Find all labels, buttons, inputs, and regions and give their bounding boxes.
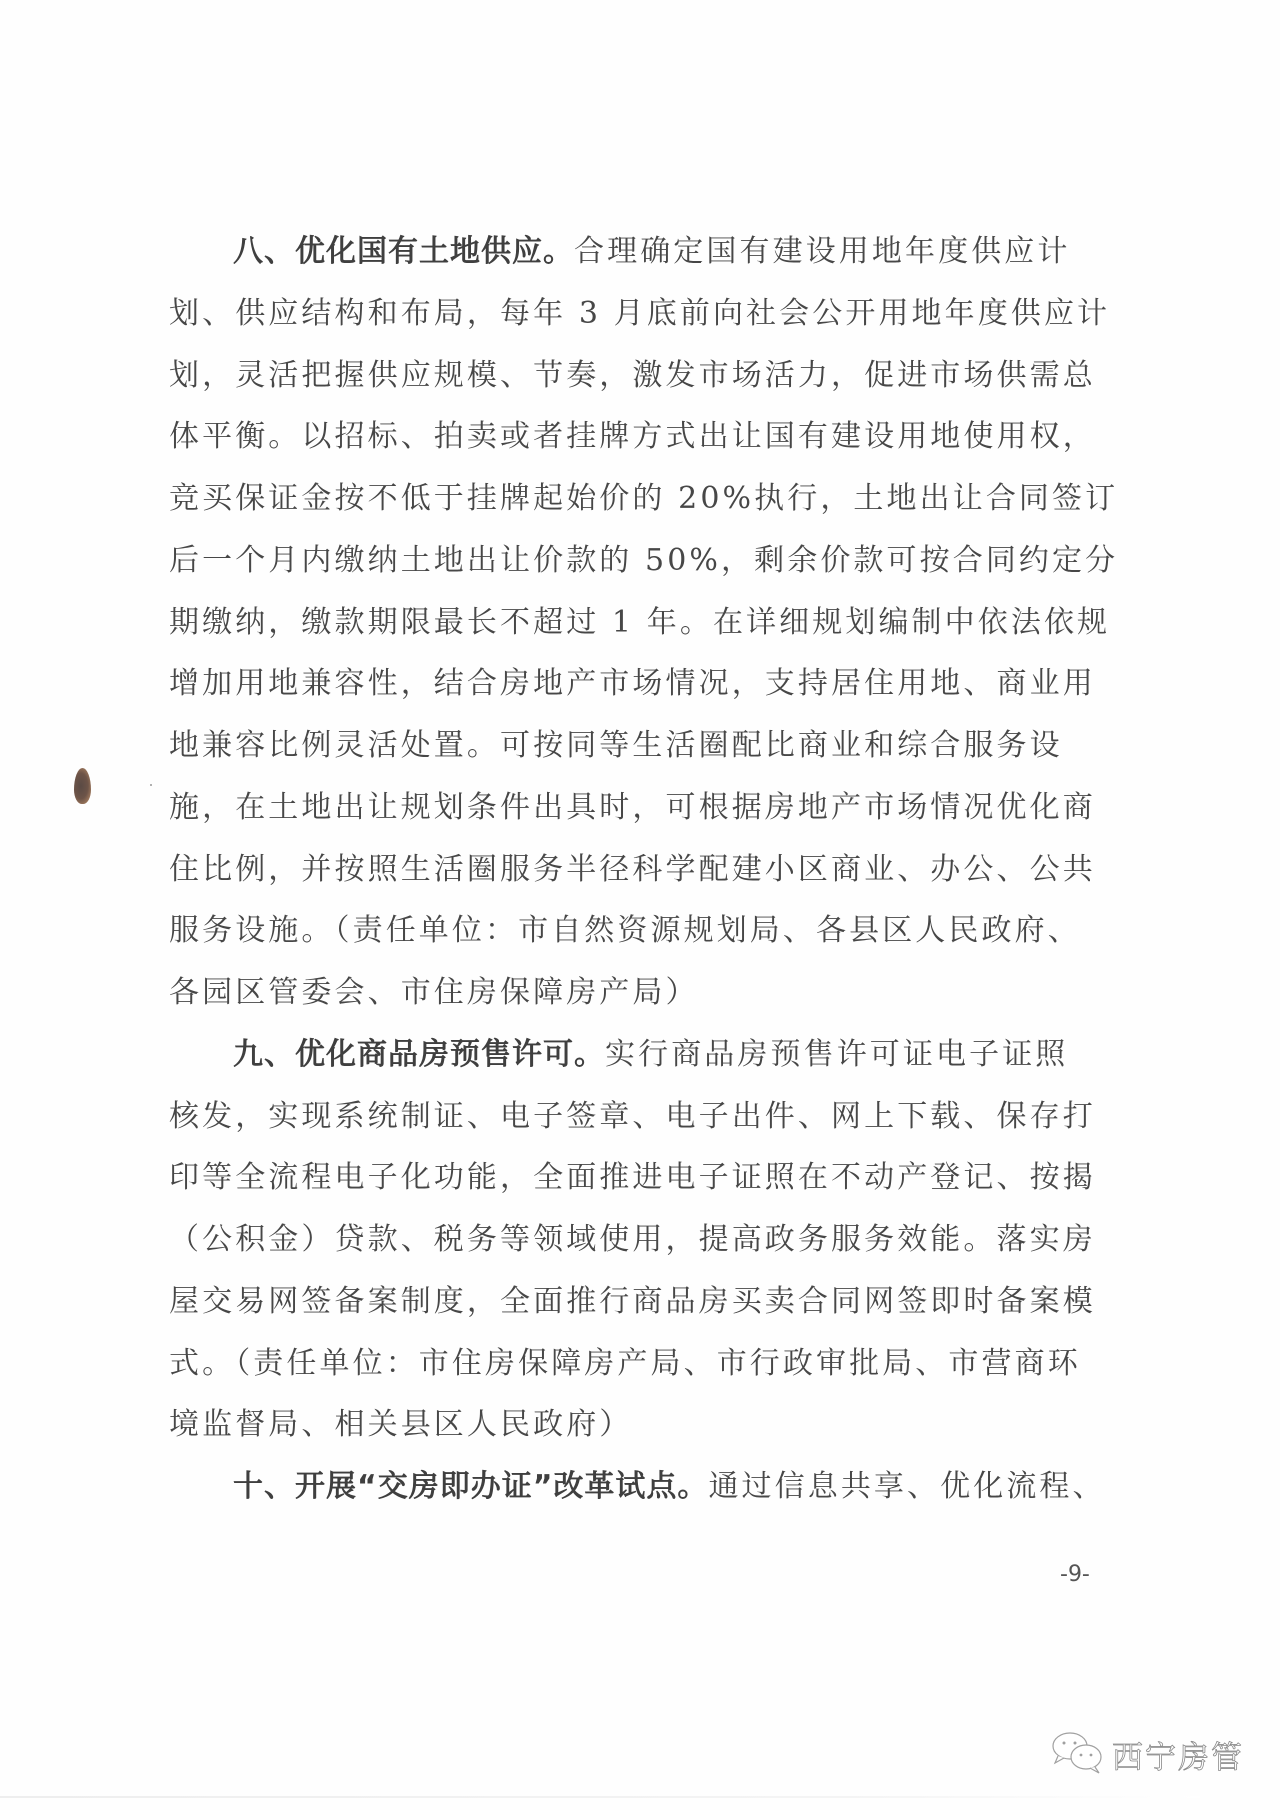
- text-line: 屋交易网签备案制度，全面推行商品房买卖合同网签即时备案模: [169, 1276, 1114, 1338]
- section-heading-8: 八、优化国有土地供应。: [233, 234, 574, 269]
- line-text: 地兼容比例灵活处置。可按同等生活圈配比商业和综合服务设: [169, 728, 1063, 763]
- line-text: 各园区管委会、市住房保障房产局）: [169, 975, 699, 1010]
- bottom-divider: [0, 1796, 1200, 1798]
- text-line: 增加用地兼容性，结合房地产市场情况，支持居住用地、商业用: [169, 658, 1114, 720]
- text-line: 体平衡。以招标、拍卖或者挂牌方式出让国有建设用地使用权，: [169, 411, 1114, 473]
- line-text: 增加用地兼容性，结合房地产市场情况，支持居住用地、商业用: [169, 666, 1096, 701]
- line-text: 实行商品房预售许可证电子证照: [605, 1037, 1068, 1072]
- line-text: 划、供应结构和布局，每年 3 月底前向社会公开用地年度供应计: [169, 296, 1110, 331]
- text-line: 竞买保证金按不低于挂牌起始价的 20%执行，土地出让合同签订: [169, 473, 1114, 535]
- line-text: 服务设施。（责任单位：市自然资源规划局、各县区人民政府、: [169, 913, 1081, 948]
- line-text: 式。（责任单位：市住房保障房产局、市行政审批局、市营商环: [169, 1346, 1081, 1381]
- line-text: 期缴纳，缴款期限最长不超过 1 年。在详细规划编制中依法依规: [169, 605, 1110, 640]
- line-text: 施，在土地出让规划条件出具时，可根据房地产市场情况优化商: [169, 790, 1096, 825]
- text-line: 划，灵活把握供应规模、节奏，激发市场活力，促进市场供需总: [169, 350, 1114, 412]
- page-number: -9-: [1060, 1562, 1090, 1587]
- line-text: 竞买保证金按不低于挂牌起始价的 20%执行，土地出让合同签订: [169, 481, 1118, 516]
- document-body: 八、优化国有土地供应。合理确定国有建设用地年度供应计 划、供应结构和布局，每年 …: [169, 226, 1114, 1523]
- wechat-icon: [1050, 1730, 1106, 1778]
- line-text: 住比例，并按照生活圈服务半径科学配建小区商业、办公、公共: [169, 852, 1096, 887]
- watermark-account-name: 西宁房管: [1112, 1732, 1244, 1777]
- text-line: 施，在土地出让规划条件出具时，可根据房地产市场情况优化商: [169, 782, 1114, 844]
- scan-ink-blot: [74, 768, 91, 804]
- line-text: 划，灵活把握供应规模、节奏，激发市场活力，促进市场供需总: [169, 358, 1096, 393]
- text-line: 八、优化国有土地供应。合理确定国有建设用地年度供应计: [169, 226, 1114, 288]
- text-line: 服务设施。（责任单位：市自然资源规划局、各县区人民政府、: [169, 905, 1114, 967]
- line-text: 体平衡。以招标、拍卖或者挂牌方式出让国有建设用地使用权，: [169, 419, 1096, 454]
- text-line: 地兼容比例灵活处置。可按同等生活圈配比商业和综合服务设: [169, 720, 1114, 782]
- text-line: 印等全流程电子化功能，全面推进电子证照在不动产登记、按揭: [169, 1152, 1114, 1214]
- section-heading-10: 十、开展“交房即办证”改革试点。: [233, 1469, 708, 1504]
- text-line: 住比例，并按照生活圈服务半径科学配建小区商业、办公、公共: [169, 844, 1114, 906]
- watermark: 西宁房管: [1050, 1730, 1244, 1778]
- line-text: 印等全流程电子化功能，全面推进电子证照在不动产登记、按揭: [169, 1160, 1096, 1195]
- scan-speck: [150, 784, 152, 786]
- text-line: 划、供应结构和布局，每年 3 月底前向社会公开用地年度供应计: [169, 288, 1114, 350]
- text-line: 核发，实现系统制证、电子签章、电子出件、网上下载、保存打: [169, 1091, 1114, 1153]
- line-text: 合理确定国有建设用地年度供应计: [574, 234, 1071, 269]
- document-page: 八、优化国有土地供应。合理确定国有建设用地年度供应计 划、供应结构和布局，每年 …: [0, 0, 1280, 1810]
- line-text: 通过信息共享、优化流程、: [708, 1469, 1105, 1504]
- text-line: 后一个月内缴纳土地出让价款的 50%，剩余价款可按合同约定分: [169, 535, 1114, 597]
- line-text: 核发，实现系统制证、电子签章、电子出件、网上下载、保存打: [169, 1099, 1096, 1134]
- text-line: 境监督局、相关县区人民政府）: [169, 1399, 1114, 1461]
- text-line: 各园区管委会、市住房保障房产局）: [169, 967, 1114, 1029]
- text-line: 式。（责任单位：市住房保障房产局、市行政审批局、市营商环: [169, 1338, 1114, 1400]
- line-text: 屋交易网签备案制度，全面推行商品房买卖合同网签即时备案模: [169, 1284, 1096, 1319]
- text-line: 九、优化商品房预售许可。实行商品房预售许可证电子证照: [169, 1029, 1114, 1091]
- text-line: 期缴纳，缴款期限最长不超过 1 年。在详细规划编制中依法依规: [169, 597, 1114, 659]
- text-line: （公积金）贷款、税务等领域使用，提高政务服务效能。落实房: [169, 1214, 1114, 1276]
- line-text: 境监督局、相关县区人民政府）: [169, 1407, 632, 1442]
- line-text: （公积金）贷款、税务等领域使用，提高政务服务效能。落实房: [169, 1222, 1096, 1257]
- section-heading-9: 九、优化商品房预售许可。: [233, 1037, 605, 1072]
- line-text: 后一个月内缴纳土地出让价款的 50%，剩余价款可按合同约定分: [169, 543, 1118, 578]
- text-line: 十、开展“交房即办证”改革试点。通过信息共享、优化流程、: [169, 1461, 1114, 1523]
